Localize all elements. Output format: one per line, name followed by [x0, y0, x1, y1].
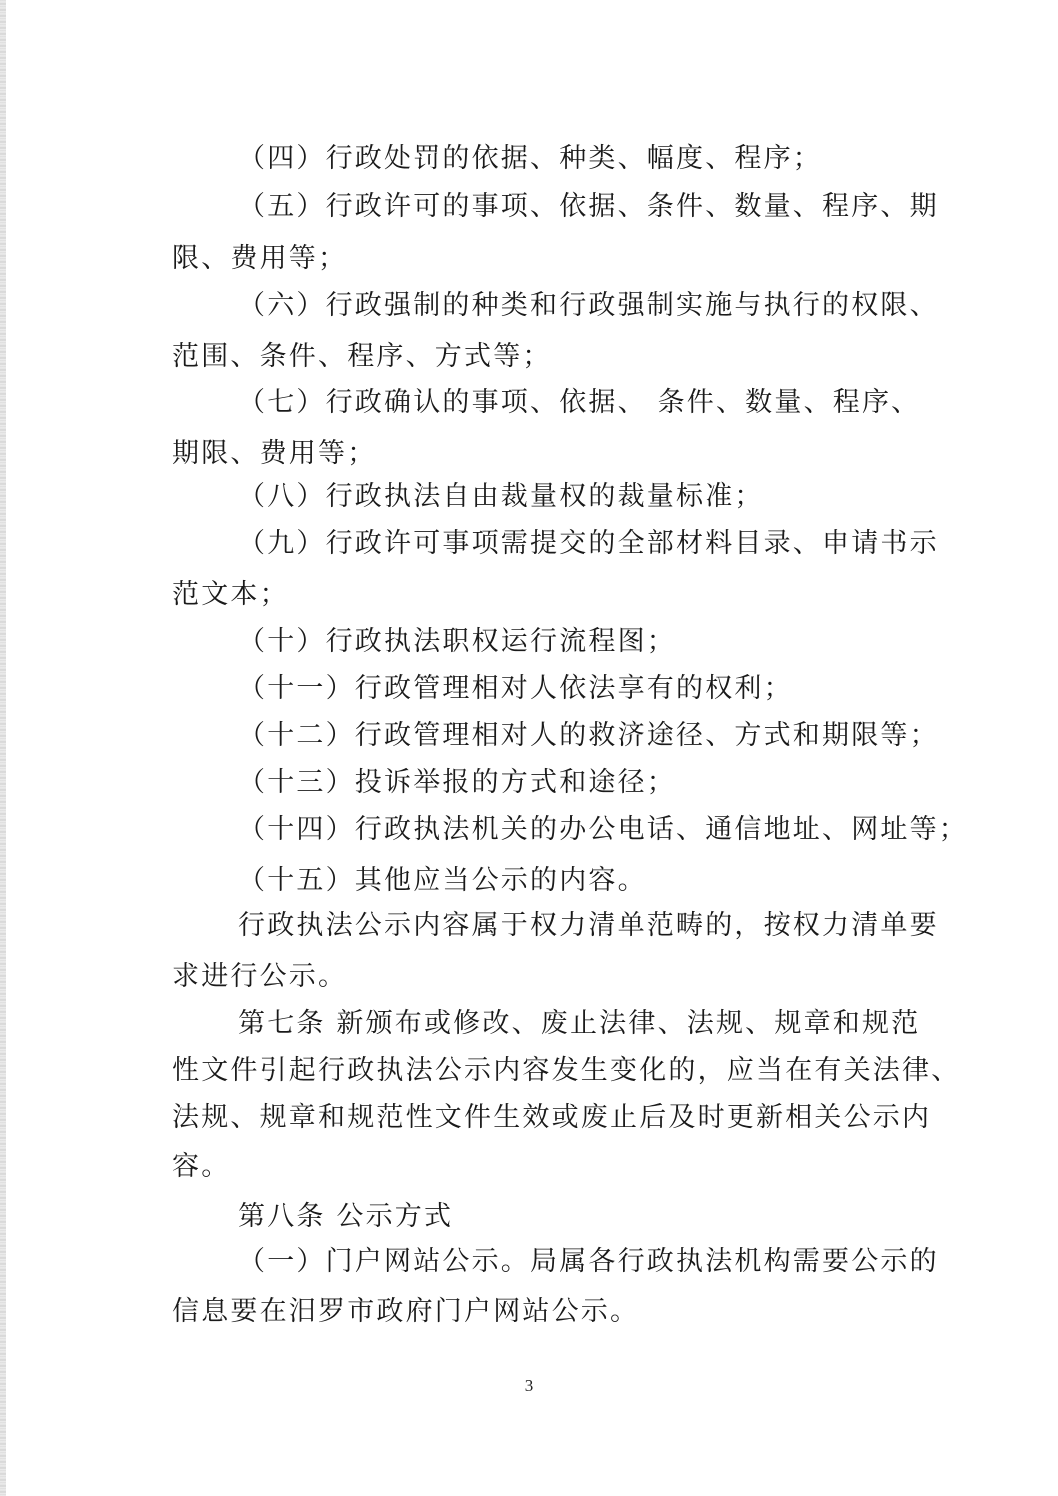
list-item-11: （十一）行政管理相对人依法享有的权利；: [238, 672, 912, 706]
document-page: （四）行政处罚的依据、种类、幅度、程序； （五）行政许可的事项、依据、条件、数量…: [0, 0, 1058, 1496]
list-item-9: （九）行政许可事项需提交的全部材料目录、申请书示: [238, 527, 912, 561]
list-item-7: （七）行政确认的事项、依据、 条件、数量、程序、: [238, 386, 912, 420]
list-item-6: （六）行政强制的种类和行政强制实施与执行的权限、: [238, 289, 912, 323]
page-number: 3: [0, 1376, 1058, 1396]
article-8-item-1-continued: 信息要在汨罗市政府门户网站公示。: [172, 1295, 912, 1329]
list-item-13: （十三）投诉举报的方式和途径；: [238, 766, 912, 800]
article-8-heading: 第八条 公示方式: [238, 1200, 912, 1234]
list-item-5-continued: 限、费用等；: [172, 242, 912, 276]
list-item-7-continued: 期限、费用等；: [172, 437, 912, 471]
article-7-line-2: 性文件引起行政执法公示内容发生变化的，应当在有关法律、: [172, 1054, 912, 1088]
list-item-6-continued: 范围、条件、程序、方式等；: [172, 340, 912, 374]
article-8-item-1: （一）门户网站公示。局属各行政执法机构需要公示的: [238, 1245, 912, 1279]
list-item-5: （五）行政许可的事项、依据、条件、数量、程序、期: [238, 190, 912, 224]
article-7: 第七条 新颁布或修改、废止法律、法规、规章和规范: [238, 1007, 912, 1041]
list-item-12: （十二）行政管理相对人的救济途径、方式和期限等；: [238, 719, 912, 753]
paragraph-power-list-continued: 求进行公示。: [172, 960, 912, 994]
list-item-8: （八）行政执法自由裁量权的裁量标准；: [238, 480, 912, 514]
paragraph-power-list: 行政执法公示内容属于权力清单范畴的，按权力清单要: [238, 909, 912, 943]
article-7-line-3: 法规、规章和规范性文件生效或废止后及时更新相关公示内: [172, 1101, 912, 1135]
list-item-15: （十五）其他应当公示的内容。: [238, 864, 912, 898]
list-item-4: （四）行政处罚的依据、种类、幅度、程序；: [238, 142, 912, 176]
list-item-10: （十）行政执法职权运行流程图；: [238, 625, 912, 659]
list-item-9-continued: 范文本；: [172, 578, 912, 612]
article-7-line-4: 容。: [172, 1150, 912, 1184]
list-item-14: （十四）行政执法机关的办公电话、通信地址、网址等；: [238, 813, 912, 847]
